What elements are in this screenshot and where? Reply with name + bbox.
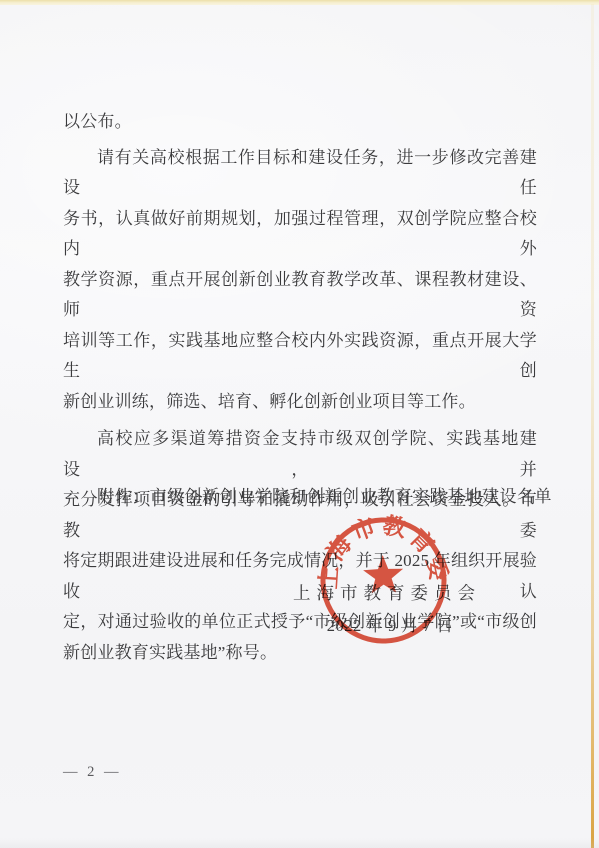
page-number: — 2 — [63,764,122,781]
body-text-line: 培训等工作，实践基地应整合校内外实践资源，重点开展大学生创 [63,326,537,387]
signature-date: 2022 年 9 月 7 日 [280,615,500,637]
body-text-line: 新创业训练，筛选、培育、孵化创新创业项目等工作。 [63,387,537,418]
scan-edge-bottom [0,838,599,848]
body-text-line: 以公布。 [63,107,537,138]
body-text-line: 高校应多渠道筹措资金支持市级双创学院、实践基地建设，并 [63,424,537,485]
body-text-line: 新创业教育实践基地”称号。 [63,638,537,669]
scan-edge-right [591,4,594,848]
body-text-line: 请有关高校根据工作目标和建设任务，进一步修改完善建设任 [63,143,537,204]
scan-edge-top [0,0,599,5]
attachment-line: 附件：市级创新创业学院和创新创业教育实践基地建设名单 [63,482,563,512]
body-paragraph: 以公布。 [63,107,537,138]
body-paragraph: 请有关高校根据工作目标和建设任务，进一步修改完善建设任务书，认真做好前期规划，加… [63,143,537,418]
body-text-line: 务书，认真做好前期规划，加强过程管理，双创学院应整合校内外 [63,204,537,265]
scanned-document-page: 以公布。请有关高校根据工作目标和建设任务，进一步修改完善建设任务书，认真做好前期… [0,0,599,848]
signature-organization: 上海市教育委员会 [263,581,511,605]
body-text-line: 教学资源，重点开展创新创业教育教学改革、课程教材建设、师资 [63,265,537,326]
